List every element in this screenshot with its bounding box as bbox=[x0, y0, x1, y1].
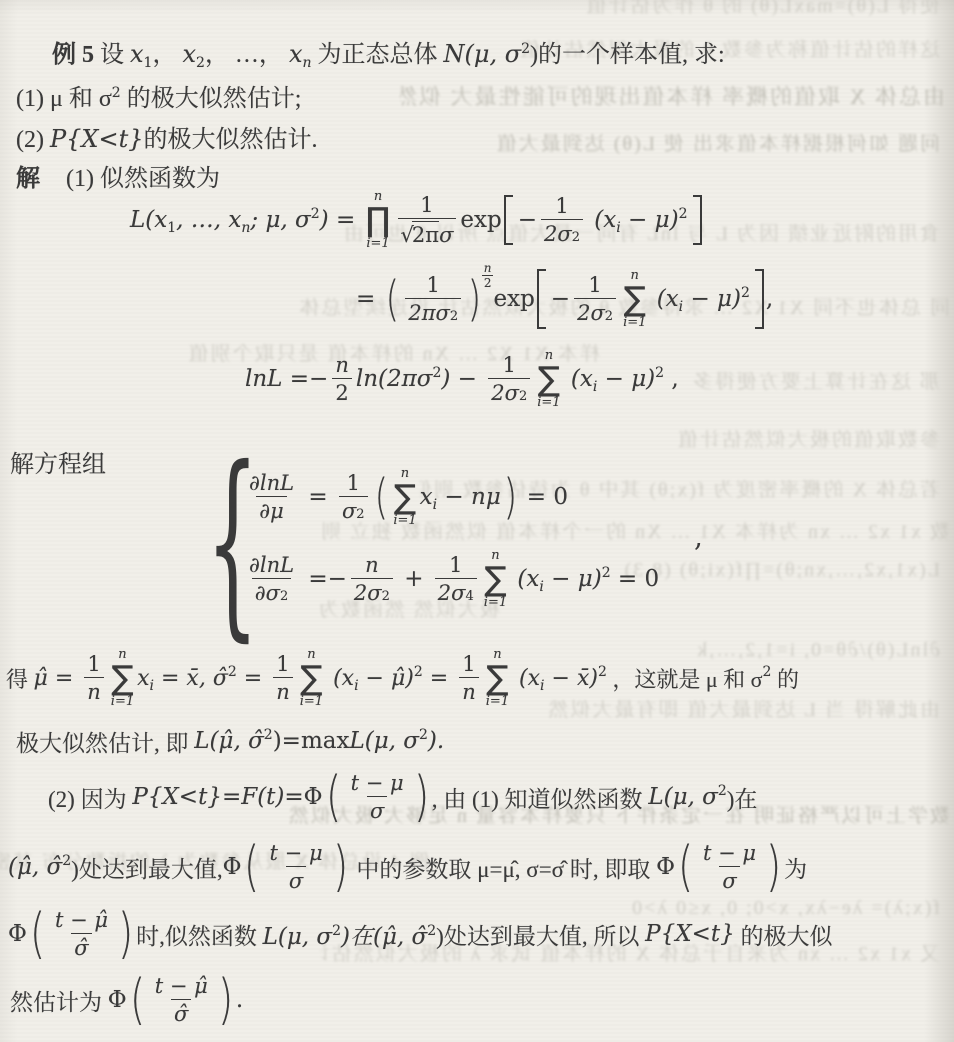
numerator: t − μ bbox=[700, 841, 759, 866]
left-paren: ( bbox=[678, 844, 693, 890]
math-token: μ bbox=[309, 841, 323, 865]
math-token: − bbox=[278, 841, 309, 865]
math-token: ln(2πσ bbox=[356, 366, 433, 392]
math-token: exp bbox=[493, 286, 534, 312]
subscript: n bbox=[302, 55, 311, 71]
math-token: − μ) bbox=[544, 566, 602, 592]
sum-lower-limit: i=1 bbox=[393, 513, 416, 528]
math-token: L bbox=[648, 784, 663, 810]
math-token: (x bbox=[510, 566, 539, 592]
right-paren: ) bbox=[766, 844, 781, 890]
math-token: P{X<t} bbox=[645, 921, 735, 947]
numerator: t − μ̂ bbox=[52, 908, 111, 933]
superscript: 2 bbox=[602, 565, 611, 581]
math-token: = 0 bbox=[520, 484, 569, 510]
math-token: x bbox=[137, 666, 149, 691]
math-token: (x bbox=[326, 666, 354, 691]
cjk-text: )的一个样本值, 求: bbox=[530, 42, 725, 68]
right-paren: ) bbox=[118, 911, 133, 957]
left-bracket bbox=[504, 195, 513, 245]
superscript: 2 bbox=[679, 206, 688, 222]
sum-symbol: ∑ bbox=[624, 283, 646, 314]
cjk-text: ， …， bbox=[205, 42, 289, 68]
sum-symbol: ∑ bbox=[394, 481, 416, 512]
denominator: n bbox=[273, 677, 293, 704]
numerator: ∂lnL bbox=[246, 553, 297, 578]
cjk-text: 的极大似然估计. bbox=[144, 127, 318, 153]
solve-equations-label: 解方程组 bbox=[10, 444, 106, 479]
sigma-hat: σ̂ bbox=[213, 666, 228, 691]
fraction: 1 n bbox=[459, 652, 479, 704]
phi-symbol: Φ bbox=[223, 854, 242, 880]
math-token: (μ̂, σ̂ bbox=[210, 728, 264, 754]
sum-operator: n ∑ i=1 bbox=[393, 466, 416, 527]
log-likelihood-formula: lnL =− n 2 ln(2πσ2) − 1 2σ2 n ∑ i=1 (xi … bbox=[245, 350, 679, 408]
math-token: = bbox=[237, 666, 269, 691]
left-paren: ( bbox=[130, 977, 145, 1023]
denominator: σ̂ bbox=[71, 933, 91, 960]
superscript: 2 bbox=[419, 727, 428, 743]
superscript: 2 bbox=[264, 727, 273, 743]
math-token: t bbox=[703, 841, 711, 865]
sum-symbol: ∑ bbox=[538, 363, 560, 394]
radicand: 2π bbox=[412, 221, 439, 247]
fraction: 1 √2πσ bbox=[398, 193, 457, 247]
cjk-text: (2) 因为 bbox=[48, 781, 132, 814]
math-token: (xi − μ)2 bbox=[510, 566, 611, 592]
sum-symbol: ∑ bbox=[300, 662, 322, 693]
cjk-text: )处达到最大值, 所以 bbox=[436, 918, 645, 951]
math-token: ln(2πσ2) − bbox=[356, 366, 484, 392]
question-item-1: (1) μ 和 σ2 的极大似然估计; bbox=[16, 78, 301, 113]
cjk-text: 然估计为 bbox=[10, 984, 108, 1017]
math-token: (x bbox=[587, 207, 616, 233]
fraction: ∂lnL ∂μ bbox=[246, 471, 297, 523]
fraction: 1 n bbox=[84, 652, 104, 704]
bleed-through-text: 使得 L(θ)=maxL(θ) 的 θ 作为估计值 bbox=[420, 0, 940, 16]
left-paren: ( bbox=[30, 911, 45, 957]
sum-symbol: ∑ bbox=[486, 662, 508, 693]
math-token: μ bbox=[742, 841, 756, 865]
math-token: (μ, σ bbox=[465, 40, 522, 68]
math-token: − bbox=[359, 771, 390, 795]
fraction: 1 n bbox=[273, 652, 293, 704]
numerator: 1 bbox=[500, 353, 519, 378]
numerator: 1 bbox=[417, 193, 436, 218]
denominator: 2σ2 bbox=[351, 578, 393, 605]
math-token: . bbox=[236, 987, 243, 1013]
numerator: n bbox=[484, 262, 492, 275]
fraction: t − μ̂ σ̂ bbox=[152, 974, 211, 1026]
mle-result-line1: 得 μ̂ = 1 n n ∑ i=1 xi = x̄, σ̂2 = 1 n n … bbox=[6, 634, 799, 722]
sum-symbol: ∑ bbox=[111, 662, 133, 693]
denominator: 2σ2 bbox=[488, 378, 530, 405]
product-symbol: ∏ bbox=[366, 204, 391, 235]
cjk-text: 中的参数取 μ=μ̂, σ=σ̂ 时, 即取 bbox=[351, 851, 656, 884]
textbook-page: 使得 L(θ)=maxL(θ) 的 θ 作为估计值 这样的估计值称为参数 θ 的… bbox=[0, 0, 954, 1042]
fraction: 1 2πσ2 bbox=[405, 273, 461, 325]
math-token: =− bbox=[301, 566, 347, 592]
math-token: L(μ̂, σ̂2)=maxL(μ, σ2). bbox=[194, 728, 444, 754]
superscript: 2 bbox=[427, 923, 436, 939]
likelihood-formula-line2: = ( 1 2πσ2 ) n 2 exp − 1 2σ2 n ∑ i=1 (xi… bbox=[356, 262, 773, 336]
math-token: (x bbox=[564, 366, 593, 392]
right-bracket bbox=[693, 195, 702, 245]
superscript: 2 bbox=[718, 783, 727, 799]
numerator: 1 bbox=[459, 652, 478, 677]
math-token: L(μ, σ2)在(μ̂, σ̂2 bbox=[263, 918, 437, 951]
denominator: ∂μ bbox=[256, 496, 287, 523]
cjk-text: ， bbox=[152, 42, 182, 68]
math-token: (x bbox=[649, 286, 678, 312]
math-token: P{X<t} bbox=[50, 125, 144, 153]
sum-lower-limit: i=1 bbox=[111, 694, 134, 709]
cjk-text: 得 bbox=[6, 663, 34, 694]
product-operator: n ∏ i=1 bbox=[366, 189, 391, 250]
fraction: t − μ σ bbox=[700, 841, 759, 893]
math-token: x bbox=[182, 40, 196, 68]
cjk-text: 极大似然估计, 即 bbox=[16, 725, 194, 758]
math-token: t bbox=[155, 974, 163, 998]
math-token: = bbox=[301, 484, 335, 510]
superscript: 2 bbox=[414, 664, 423, 680]
denominator: 2σ4 bbox=[435, 578, 477, 605]
fraction: t − μ̂ σ̂ bbox=[52, 908, 111, 960]
phi-symbol: Φ bbox=[656, 854, 675, 880]
math-token: (xi − μ̂)2 = bbox=[326, 666, 455, 691]
math-token: μ bbox=[390, 771, 404, 795]
math-token: − μ̂) bbox=[359, 666, 414, 691]
math-token: ) = bbox=[320, 207, 363, 233]
sum-operator: n ∑ i=1 bbox=[300, 647, 323, 708]
math-token: x bbox=[289, 40, 303, 68]
system-equation-1: ∂lnL ∂μ = 1 σ2 ( n ∑ i=1 xi − nμ ) = 0 bbox=[242, 466, 568, 528]
superscript: 2 bbox=[332, 923, 341, 939]
math-token: − bbox=[711, 841, 742, 865]
cjk-text: )处达到最大值, bbox=[71, 851, 222, 884]
numerator: t − μ bbox=[348, 771, 407, 796]
part2-line2: (μ̂, σ̂2 )处达到最大值, Φ ( t − μ σ ) 中的参数取 μ=… bbox=[8, 830, 807, 904]
cjk-text: ，这就是 μ 和 σ bbox=[607, 663, 763, 694]
bleed-through-text: 问题 如何根据样本值求出 使 L(θ) 达到最大值 bbox=[310, 134, 940, 154]
denominator: σ bbox=[719, 866, 739, 893]
numerator: 1 bbox=[273, 652, 292, 677]
fraction: t − μ σ bbox=[267, 841, 326, 893]
fraction: 1 2σ2 bbox=[574, 273, 616, 325]
superscript: 2 bbox=[62, 853, 71, 869]
numerator: 1 bbox=[344, 471, 363, 496]
numerator: 1 bbox=[585, 273, 604, 298]
subscript: 1 bbox=[167, 220, 176, 236]
math-token: (μ̂, σ̂ bbox=[8, 854, 62, 880]
math-token: P{X<t}=F(t)=Φ bbox=[132, 784, 322, 810]
numerator: 1 bbox=[424, 273, 443, 298]
math-token: − bbox=[63, 908, 94, 932]
superscript: 2 bbox=[763, 664, 772, 680]
denominator: σ bbox=[367, 796, 387, 823]
sum-operator: n ∑ i=1 bbox=[486, 647, 509, 708]
fraction: 1 σ2 bbox=[339, 471, 368, 523]
superscript: 2 bbox=[763, 666, 772, 691]
question-item-2: (2) P{X<t}的极大似然估计. bbox=[16, 119, 318, 154]
math-token: 2σ bbox=[491, 381, 519, 405]
denominator: σ bbox=[286, 866, 306, 893]
superscript: 2 bbox=[741, 285, 750, 301]
numerator: t − μ bbox=[267, 841, 326, 866]
math-token: = bbox=[423, 666, 455, 691]
math-token: ; μ, σ bbox=[250, 207, 310, 233]
system-equation-2: ∂lnL ∂σ2 =− n 2σ2 + 1 2σ4 n ∑ i=1 (xi − … bbox=[242, 540, 659, 618]
superscript: 2 bbox=[112, 85, 121, 101]
math-token: 2σ bbox=[544, 222, 572, 246]
math-token: ). bbox=[428, 728, 444, 754]
likelihood-formula-line1: L(x1, …, xn; μ, σ2) = n ∏ i=1 1 √2πσ exp… bbox=[130, 181, 704, 259]
left-paren: ( bbox=[385, 279, 398, 320]
superscript: 2 bbox=[598, 664, 607, 680]
sum-lower-limit: i=1 bbox=[300, 694, 323, 709]
sum-lower-limit: i=1 bbox=[486, 694, 509, 709]
math-token: 2πσ bbox=[408, 301, 450, 325]
numerator: t − μ̂ bbox=[152, 974, 211, 999]
math-token: P{X<t}=F(t)= bbox=[132, 784, 303, 810]
bracket-group: − 1 2σ2 n ∑ i=1 (xi − μ)2 bbox=[537, 268, 764, 329]
math-token: 2σ bbox=[438, 581, 466, 605]
math-token: L(x bbox=[130, 207, 167, 233]
cjk-text: (1) μ 和 σ bbox=[16, 86, 112, 112]
right-paren: ) bbox=[333, 844, 348, 890]
math-token: (xi − μ)2 , bbox=[564, 366, 679, 392]
sum-operator: n ∑ i=1 bbox=[111, 647, 134, 708]
denominator: n bbox=[459, 677, 479, 704]
subscript: 2 bbox=[196, 55, 205, 71]
superscript: 2 bbox=[311, 206, 320, 222]
cjk-text: )在 bbox=[727, 781, 758, 814]
mu-hat: μ̂ bbox=[94, 908, 108, 932]
cjk-text: 解方程组 bbox=[10, 452, 106, 478]
denominator: 2 bbox=[482, 275, 494, 290]
math-token: ∂σ bbox=[255, 581, 280, 605]
system-brace: { bbox=[206, 456, 223, 627]
fraction: ∂lnL ∂σ2 bbox=[246, 553, 297, 605]
math-token: L bbox=[349, 728, 364, 754]
math-token: )=max bbox=[273, 728, 350, 754]
math-token: 2σ bbox=[354, 581, 382, 605]
system-comma: , bbox=[694, 520, 703, 553]
sum-operator: n ∑ i=1 bbox=[623, 268, 646, 329]
math-token: (xi − μ)2 bbox=[587, 207, 688, 233]
math-token: x bbox=[420, 484, 433, 510]
math-token: − μ) bbox=[597, 366, 655, 392]
mle-result-line2: 极大似然估计, 即 L(μ̂, σ̂2)=maxL(μ, σ2). bbox=[16, 724, 444, 758]
bracket-group: − 1 2σ2 (xi − μ)2 bbox=[504, 194, 702, 246]
sum-symbol: ∑ bbox=[484, 563, 506, 594]
math-token: t bbox=[55, 908, 63, 932]
numerator: 1 bbox=[446, 553, 465, 578]
cjk-text: 时,似然函数 bbox=[136, 918, 263, 951]
superscript: 2 bbox=[228, 664, 237, 680]
sum-lower-limit: i=1 bbox=[484, 595, 507, 610]
math-token: − μ) bbox=[683, 286, 741, 312]
cjk-text: , 由 (1) 知道似然函数 bbox=[432, 781, 649, 814]
math-token: L(x1, …, xn; μ, σ2) = bbox=[130, 207, 363, 233]
math-token: x bbox=[130, 40, 144, 68]
cjk-text: 为 bbox=[784, 851, 807, 884]
denominator: σ̂ bbox=[171, 999, 191, 1026]
math-token: lnL =− bbox=[245, 366, 328, 392]
fraction: n 2σ2 bbox=[351, 553, 393, 605]
math-token: + bbox=[397, 566, 431, 592]
math-token: − μ) bbox=[621, 207, 679, 233]
superscript: 2 bbox=[521, 41, 530, 57]
math-token: − nμ bbox=[437, 484, 501, 510]
right-paren: ) bbox=[503, 477, 516, 518]
math-token: (μ, σ bbox=[278, 924, 332, 950]
math-token: , …, x bbox=[176, 207, 241, 233]
phi-symbol: Φ bbox=[108, 987, 127, 1013]
math-token: t bbox=[270, 841, 278, 865]
math-token: (μ, σ bbox=[664, 784, 718, 810]
math-token: σ bbox=[439, 223, 453, 247]
superscript: 2 bbox=[655, 365, 664, 381]
math-token: L bbox=[194, 728, 209, 754]
math-token: L bbox=[263, 924, 278, 950]
math-token: (μ, σ bbox=[365, 728, 419, 754]
math-token: t bbox=[351, 771, 359, 795]
fraction: 1 2σ2 bbox=[488, 353, 530, 405]
denominator: ∂σ2 bbox=[252, 578, 291, 605]
numerator: n bbox=[362, 553, 382, 578]
part2-line1: (2) 因为 P{X<t}=F(t)=Φ ( t − μ σ ) , 由 (1)… bbox=[48, 760, 757, 834]
cjk-text: 设 bbox=[94, 42, 130, 68]
right-bracket bbox=[755, 269, 764, 328]
math-token: xi − nμ bbox=[420, 484, 501, 510]
fraction: 1 2σ2 bbox=[541, 194, 583, 246]
mu-hat: μ̂ bbox=[34, 666, 48, 691]
problem-statement: 例 5 设 x1， x2， …， xn 为正态总体 N(μ, σ2)的一个样本值… bbox=[52, 34, 725, 69]
cjk-text: (2) bbox=[16, 127, 50, 153]
math-token: − bbox=[551, 286, 570, 312]
math-token: , bbox=[766, 286, 773, 312]
math-token: = x̄, bbox=[154, 666, 213, 691]
math-token: = 0 bbox=[611, 566, 660, 592]
product-lower-limit: i=1 bbox=[366, 236, 389, 251]
bleed-through-text: 参数取值的极大似然估计值 bbox=[450, 430, 940, 450]
math-token: (μ̂, σ̂2 bbox=[8, 854, 71, 880]
right-paren: ) bbox=[218, 977, 233, 1023]
numerator: ∂lnL bbox=[246, 471, 297, 496]
math-token: μ̂ = bbox=[34, 666, 81, 691]
bleed-through-text: 由总体 X 取值的概率 样本值出现的可能性最大 似然 bbox=[400, 86, 945, 108]
math-token: L(μ, σ2 bbox=[648, 784, 726, 810]
math-token: xi = x̄, σ̂2 = bbox=[137, 666, 269, 691]
denominator: √2πσ bbox=[398, 218, 457, 247]
mu-hat: μ̂ bbox=[194, 974, 208, 998]
sum-lower-limit: i=1 bbox=[537, 395, 560, 410]
exponent-fraction: n 2 bbox=[482, 262, 494, 289]
math-token: exp bbox=[460, 207, 501, 233]
denominator: σ2 bbox=[339, 496, 368, 523]
solution-label: 解 bbox=[16, 166, 40, 192]
fraction: 1 2σ4 bbox=[435, 553, 477, 605]
left-bracket bbox=[537, 269, 546, 328]
math-token: , bbox=[664, 366, 679, 392]
sum-operator: n ∑ i=1 bbox=[484, 548, 507, 609]
numerator: 1 bbox=[84, 652, 103, 677]
denominator: n bbox=[84, 677, 104, 704]
math-token: σ bbox=[342, 499, 356, 523]
left-paren: ( bbox=[244, 844, 259, 890]
example-label: 例 5 bbox=[52, 42, 94, 68]
math-token: (xi − x̄)2 bbox=[512, 666, 607, 691]
math-token: )在(μ̂, σ̂ bbox=[341, 924, 427, 950]
denominator: 2πσ2 bbox=[405, 298, 461, 325]
math-token: =− bbox=[282, 366, 328, 392]
phi-symbol: Φ bbox=[8, 921, 27, 947]
math-token: 2σ bbox=[577, 301, 605, 325]
denominator: 2σ2 bbox=[541, 219, 583, 246]
cjk-text: 的 bbox=[771, 663, 799, 694]
right-paren: ) bbox=[414, 774, 429, 820]
cjk-text: 的极大似 bbox=[735, 918, 833, 951]
math-token: ) − bbox=[441, 366, 484, 392]
math-token: (xi − μ)2 bbox=[649, 286, 750, 312]
cjk-text: 为正态总体 bbox=[312, 42, 444, 68]
right-paren: ) bbox=[468, 279, 481, 320]
left-paren: ( bbox=[374, 477, 387, 518]
fraction: n 2 bbox=[332, 353, 352, 405]
sum-lower-limit: i=1 bbox=[623, 315, 646, 330]
numerator: n bbox=[332, 353, 352, 378]
math-token: lnL bbox=[245, 366, 282, 392]
math-token: − x̄) bbox=[545, 666, 598, 691]
denominator: 2 bbox=[332, 378, 351, 405]
left-paren: ( bbox=[325, 774, 340, 820]
math-token: (x bbox=[512, 666, 540, 691]
numerator: 1 bbox=[552, 194, 571, 219]
math-token: = bbox=[48, 666, 80, 691]
phi-symbol: Φ bbox=[304, 784, 323, 810]
part2-line3: Φ ( t − μ̂ σ̂ ) 时,似然函数 L(μ, σ2)在(μ̂, σ̂2… bbox=[8, 898, 832, 970]
part2-line4: 然估计为 Φ ( t − μ̂ σ̂ ) . bbox=[10, 964, 243, 1036]
math-token: − bbox=[163, 974, 194, 998]
math-token: N bbox=[444, 40, 465, 68]
fraction: t − μ σ bbox=[348, 771, 407, 823]
math-token: = bbox=[356, 286, 383, 312]
sum-operator: n ∑ i=1 bbox=[537, 348, 560, 409]
cjk-text: 的极大似然估计; bbox=[121, 86, 302, 112]
math-token: − bbox=[518, 207, 537, 233]
denominator: 2σ2 bbox=[574, 298, 616, 325]
